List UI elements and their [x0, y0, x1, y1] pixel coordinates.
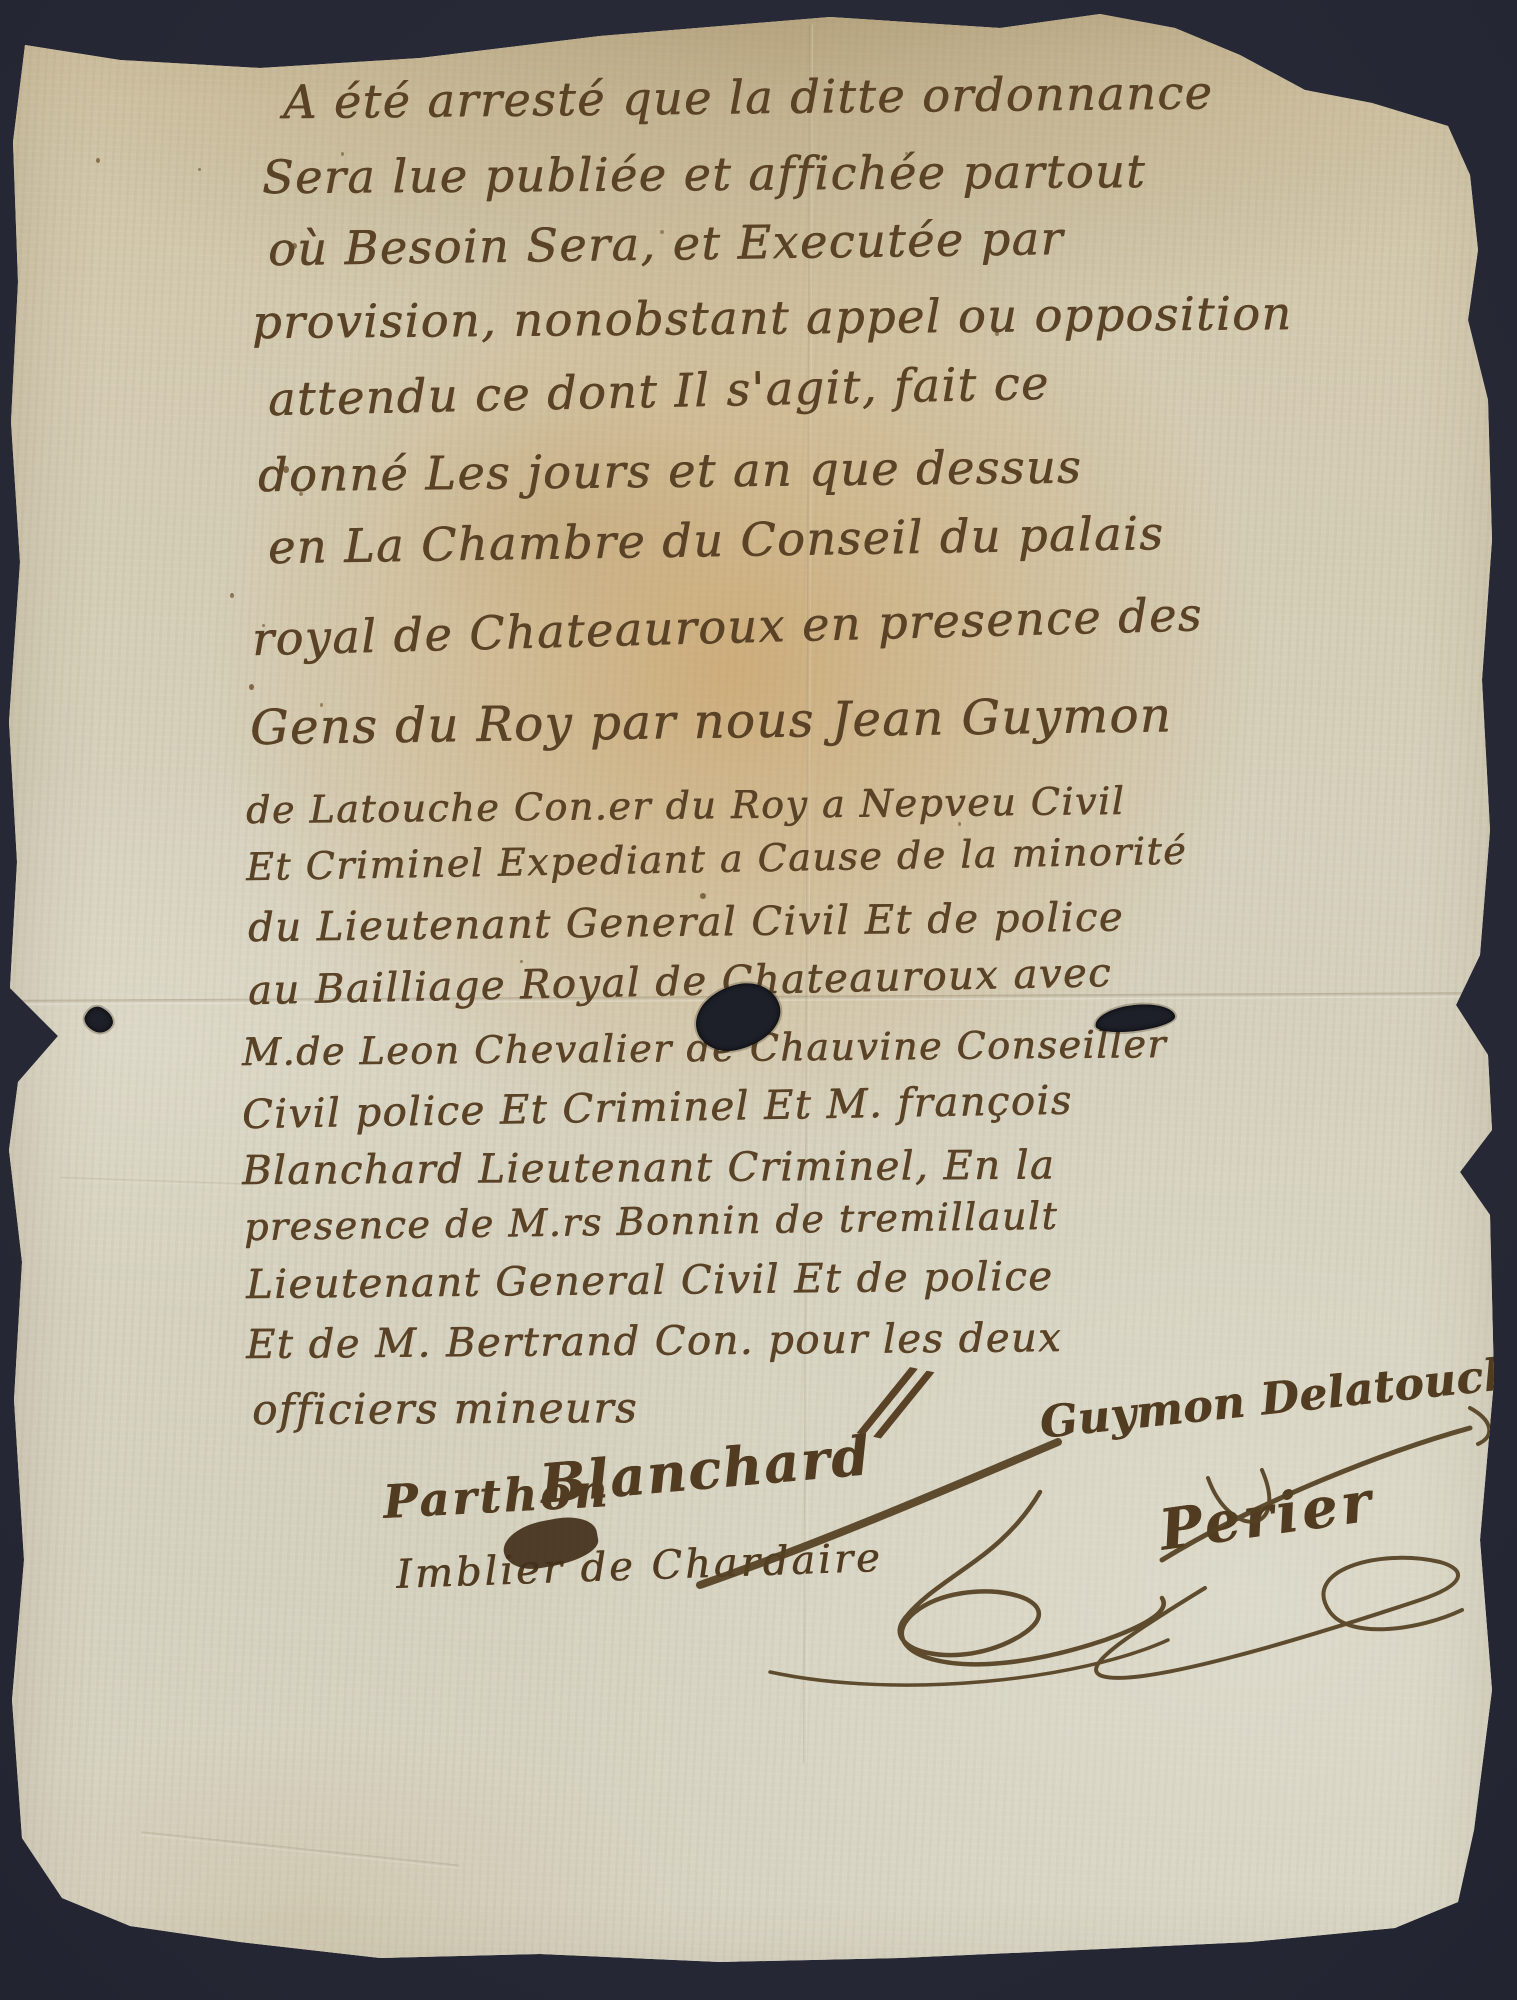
blanchard-pen-stroke	[700, 1442, 1058, 1585]
perier-cross-stroke	[1162, 1428, 1470, 1560]
guymon-end-swash	[1470, 1408, 1489, 1444]
scanned-document: A été arresté que la ditte ordonnance Se…	[0, 0, 1517, 2000]
document-paper: A été arresté que la ditte ordonnance Se…	[0, 0, 1517, 2000]
guymon-descender-loop	[1208, 1470, 1269, 1522]
